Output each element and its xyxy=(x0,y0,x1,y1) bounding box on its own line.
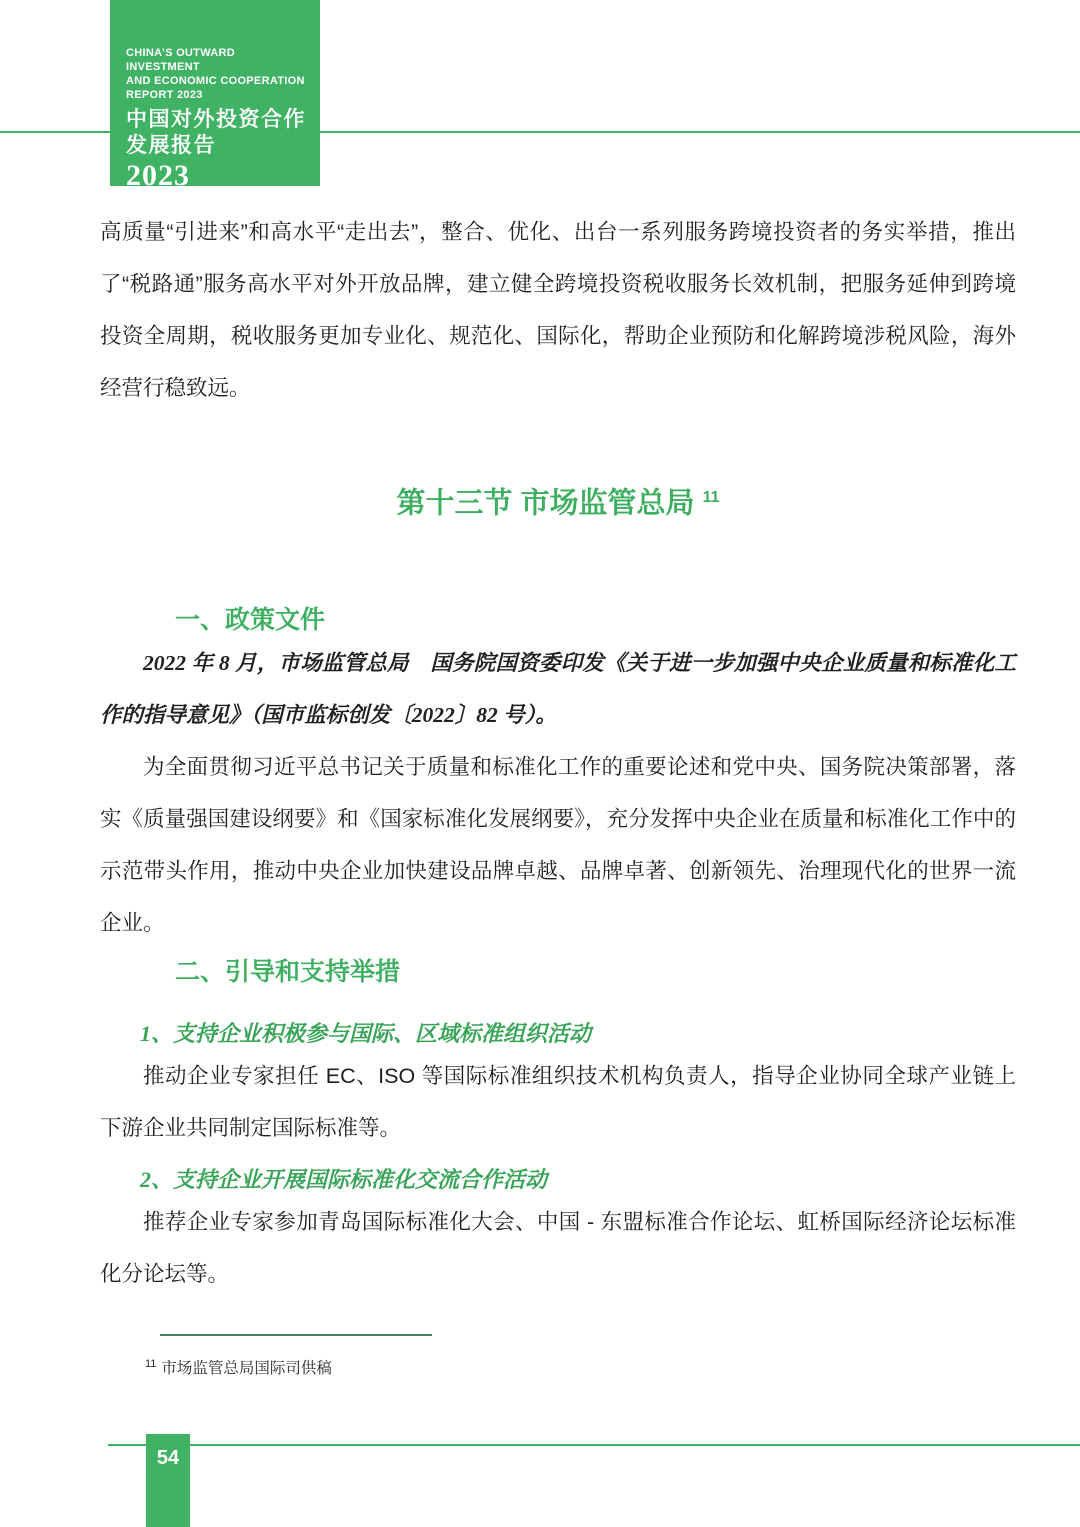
report-page: CHINA’S OUTWARD INVESTMENT AND ECONOMIC … xyxy=(0,0,1080,1527)
report-title-chinese-line: 中国对外投资合作 xyxy=(126,107,310,133)
report-title-english-line: REPORT 2023 xyxy=(126,88,310,102)
footnote-marker: 11 xyxy=(145,1358,156,1370)
report-title-chinese-line: 发展报告 xyxy=(126,133,310,159)
footer-divider-line xyxy=(108,1444,1080,1446)
paragraph-international-standard-organizations: 推动企业专家担任 EC、ISO 等国际标准组织技术机构负责人，指导企业协同全球产… xyxy=(100,1050,1016,1154)
report-title-english-line: AND ECONOMIC COOPERATION xyxy=(126,74,310,88)
heading-policy-documents: 一、政策文件 xyxy=(175,603,1016,637)
report-header-block: CHINA’S OUTWARD INVESTMENT AND ECONOMIC … xyxy=(110,0,320,186)
heading-guidance-support-measures: 二、引导和支持举措 xyxy=(175,955,1016,989)
section-footnote-ref: 11 xyxy=(703,489,720,506)
footnote: 11市场监管总局国际司供稿 xyxy=(145,1352,332,1381)
report-title-english: CHINA’S OUTWARD INVESTMENT AND ECONOMIC … xyxy=(126,46,310,102)
policy-issuance-paragraph: 2022 年 8 月，市场监管总局 国务院国资委印发《关于进一步加强中央企业质量… xyxy=(100,637,1016,741)
section-title-text: 第十三节 市场监管总局 xyxy=(396,488,694,520)
policy-description-paragraph: 为全面贯彻习近平总书记关于质量和标准化工作的重要论述和党中央、国务院决策部署，落… xyxy=(100,741,1016,949)
report-year: 2023 xyxy=(126,159,310,192)
page-number-badge: 54 xyxy=(146,1434,190,1527)
page-number: 54 xyxy=(157,1447,179,1469)
report-title-chinese: 中国对外投资合作 发展报告 xyxy=(126,107,310,159)
report-title-english-line: CHINA’S OUTWARD INVESTMENT xyxy=(126,46,310,74)
section-title: 第十三节 市场监管总局 11 xyxy=(100,478,1016,524)
subheading-standardization-exchange-cooperation: 2、支持企业开展国际标准化交流合作活动 xyxy=(140,1164,1016,1196)
footnote-divider-line xyxy=(160,1334,432,1336)
paragraph-standardization-exchange-cooperation: 推荐企业专家参加青岛国际标准化大会、中国 - 东盟标准合作论坛、虹桥国际经济论坛… xyxy=(100,1196,1016,1300)
subheading-international-standard-organizations: 1、支持企业积极参与国际、区域标准组织活动 xyxy=(140,1018,1016,1050)
footnote-text: 市场监管总局国际司供稿 xyxy=(161,1360,332,1377)
page-content: 高质量“引进来”和高水平“走出去”，整合、优化、出台一系列服务跨境投资者的务实举… xyxy=(100,206,1016,1300)
intro-paragraph: 高质量“引进来”和高水平“走出去”，整合、优化、出台一系列服务跨境投资者的务实举… xyxy=(100,206,1016,414)
